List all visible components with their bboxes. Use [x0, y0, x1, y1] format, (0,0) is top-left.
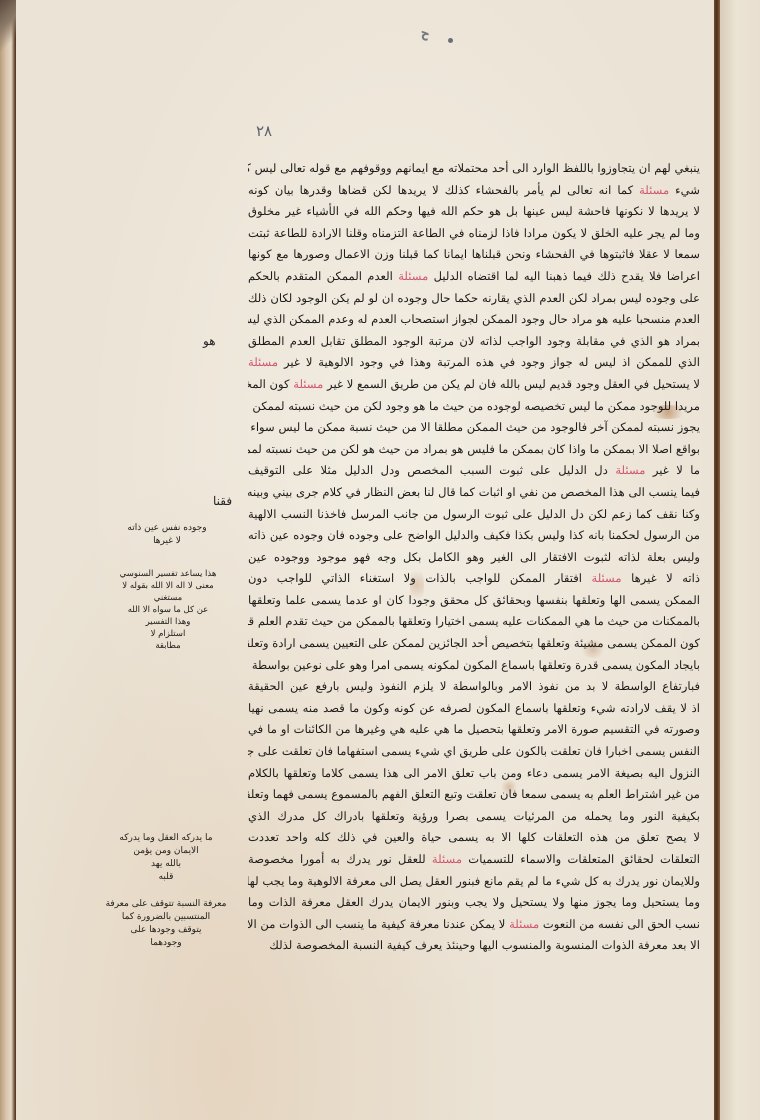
folio-number: ٢٨: [256, 122, 272, 140]
text-segment: دل الدليل على ثبوت السبب المخصص ودل الدل…: [248, 463, 608, 477]
text-segment: ينبغي لهم ان يتجاوزوا باللفظ الوارد الى …: [248, 161, 700, 175]
text-segment: بالممكنات من حيث ما هي الممكنات عليه يسم…: [248, 614, 700, 628]
text-line: شيء مسئلة كما انه تعالى لم يأمر بالفحشاء…: [248, 180, 700, 202]
margin-note-nisba: معرفة النسبة تتوقف على معرفة المنتسبين ب…: [104, 898, 228, 950]
text-line: بالممكنات من حيث ما هي الممكنات عليه يسم…: [248, 611, 700, 633]
margin-note-sanusi: هذا يساعد تفسير السنوسي معنى لا اله الا …: [108, 568, 228, 652]
text-line: لا يصح تعلق من هذه التعلقات كلها الا به …: [248, 827, 700, 849]
text-line: وليس بعلة لذاته لثبوت الافتقار الى الغير…: [248, 547, 700, 569]
text-segment: النفس يسمى اخبارا فان تعلقت بالكون على ط…: [248, 744, 700, 758]
text-line: وما يستحيل وما يجوز منها ولا يستحيل ولا …: [248, 892, 700, 914]
text-line: بايجاد المكون يسمى قدرة وتعلقها باسماع ا…: [248, 655, 700, 677]
text-line: على وجوده ليس بمراد لكن العدم الذي يقارن…: [248, 288, 700, 310]
text-segment: وصورته في التقسيم صورة الامر وتعلقها بتح…: [248, 722, 700, 736]
text-segment: العدم منسحبا عليه هو مراد حال وجود الممك…: [248, 312, 700, 326]
text-segment: بواقع اصلا الا بممكن ما واذا كان بممكن م…: [248, 442, 700, 456]
text-line: وللايمان نور يدرك به كل شيء ما لم يقم ما…: [248, 871, 700, 893]
text-segment: النزول اليه بصيغة الامر يسمى دعاء ومن با…: [248, 766, 700, 780]
text-line: ما لا غير مسئلة دل الدليل على ثبوت السبب…: [248, 460, 700, 482]
text-segment: من غير اشتراط العلم به يسمى سمعا فان تعل…: [248, 787, 700, 801]
text-segment: لا يصح تعلق من هذه التعلقات كلها الا به …: [248, 830, 700, 844]
text-segment: الا بعد معرفة الذوات المنسوبة والمنسوب ا…: [269, 938, 700, 952]
text-line: الممكن يسمى الها وتعلقها بنفسها وبحقائق …: [248, 590, 700, 612]
text-segment: من الرسول لحكمنا بانه كذا وليس بكذا فكيف…: [248, 528, 700, 542]
text-segment: لا يستحيل في العقل وجود قديم ليس بالله ف…: [327, 377, 700, 391]
text-segment: وما لم يجر عليه الخلق لا يكون مرادا فاذا…: [248, 226, 700, 240]
text-line: سمعا لا عقلا فاثبتوها في الفحشاء ونحن قب…: [248, 244, 700, 266]
text-line: كون الممكن يسمى مشيئة وتعلقها بتخصيص أحد…: [248, 633, 700, 655]
text-segment: سمعا لا عقلا فاثبتوها في الفحشاء ونحن قب…: [248, 247, 700, 261]
text-line: التعلقات لحقائق المتعلقات والاسماء للتسم…: [248, 849, 700, 871]
text-line: لا يستحيل في العقل وجود قديم ليس بالله ف…: [248, 374, 700, 396]
rubric-masala: مسئلة: [248, 355, 278, 369]
left-binding-edge: [0, 0, 16, 1120]
text-line: النفس يسمى اخبارا فان تعلقت بالكون على ط…: [248, 741, 700, 763]
page-fold: [0, 0, 16, 60]
text-line: بمراد هو الذي في مقابلة وجود الواجب لذات…: [248, 331, 700, 353]
text-segment: على وجوده ليس بمراد لكن العدم الذي يقارن…: [248, 291, 700, 305]
text-segment: لا يمكن عندنا معرفة كيفية ما ينسب الى ال…: [248, 917, 505, 931]
text-line: وصورته في التقسيم صورة الامر وتعلقها بتح…: [248, 719, 700, 741]
catchword-mark: ء: [420, 24, 430, 49]
text-line: لا يريدها لا نكونها فاحشة ليس عينها بل ه…: [248, 201, 700, 223]
text-line: اذ لا يقف لارادته شيء وتعلقها باسماع الم…: [248, 698, 700, 720]
text-line: العدم منسحبا عليه هو مراد حال وجود الممك…: [248, 309, 700, 331]
text-line: وما لم يجر عليه الخلق لا يكون مرادا فاذا…: [248, 223, 700, 245]
rubric-masala: مسئلة: [398, 269, 428, 283]
text-segment: بكيفية النور وما يحمله من المرئيات يسمى …: [248, 809, 700, 823]
text-line: بكيفية النور وما يحمله من المرئيات يسمى …: [248, 806, 700, 828]
rubric-masala: مسئلة: [591, 571, 621, 585]
text-segment: للعقل نور يدرك به أمورا مخصوصة: [248, 852, 426, 866]
main-text-block: ينبغي لهم ان يتجاوزوا باللفظ الوارد الى …: [248, 158, 700, 957]
text-segment: وللايمان نور يدرك به كل شيء ما لم يقم ما…: [248, 874, 700, 888]
text-segment: بايجاد المكون يسمى قدرة وتعلقها باسماع ا…: [248, 658, 700, 672]
text-line: الذي للممكن اذ ليس له جواز وجود في هذه ا…: [248, 352, 700, 374]
text-line: فبارتفاع الواسطة لا بد من نفوذ الامر وبا…: [248, 676, 700, 698]
text-segment: فبارتفاع الواسطة لا بد من نفوذ الامر وبا…: [248, 679, 700, 693]
rubric-masala: مسئلة: [432, 852, 462, 866]
text-line: من الرسول لحكمنا بانه كذا وليس بكذا فكيف…: [248, 525, 700, 547]
text-segment: العدم الممكن المتقدم بالحكم: [248, 269, 393, 283]
text-line: النزول اليه بصيغة الامر يسمى دعاء ومن با…: [248, 763, 700, 785]
text-line: اعراضا فلا يقدح ذلك فيما ذهبنا اليه لما …: [248, 266, 700, 288]
text-segment: مريدا للوجود ممكن ما ليس تخصيصه لوجوده م…: [248, 399, 700, 413]
text-line: ذاته لا غيرها مسئلة افتقار الممكن للواجب…: [248, 568, 700, 590]
text-segment: وليس بعلة لذاته لثبوت الافتقار الى الغير…: [248, 550, 700, 564]
text-line: من غير اشتراط العلم به يسمى سمعا فان تعل…: [248, 784, 700, 806]
text-segment: كما انه تعالى لم يأمر بالفحشاء كذلك لا ي…: [248, 183, 633, 197]
rubric-masala: مسئلة: [509, 917, 539, 931]
text-segment: وما يستحيل وما يجوز منها ولا يستحيل ولا …: [248, 895, 700, 909]
text-segment: اعراضا فلا يقدح ذلك فيما ذهبنا اليه لما …: [434, 269, 700, 283]
rubric-masala: مسئلة: [615, 463, 645, 477]
text-segment: اذ لا يقف لارادته شيء وتعلقها باسماع الم…: [248, 701, 700, 715]
text-line: بواقع اصلا الا بممكن ما واذا كان بممكن م…: [248, 439, 700, 461]
text-line: فيما ينسب الى هذا المخصص من نفي او اثبات…: [248, 482, 700, 504]
text-segment: وكنا نقف كما زعم لكن دل الدليل على ثبوت …: [248, 507, 700, 521]
text-line: يجوز نسبته لممكن آخر فالوجود من حيث المم…: [248, 417, 700, 439]
adjacent-page-edge: [720, 0, 760, 1120]
rubric-masala: مسئلة: [293, 377, 323, 391]
margin-note-hu: هو: [203, 334, 216, 348]
text-segment: يجوز نسبته لممكن آخر فالوجود من حيث المم…: [248, 420, 700, 434]
text-segment: كون المخصص: [248, 377, 290, 391]
text-segment: الممكن يسمى الها وتعلقها بنفسها وبحقائق …: [248, 593, 700, 607]
text-line: مريدا للوجود ممكن ما ليس تخصيصه لوجوده م…: [248, 396, 700, 418]
text-segment: ذاته لا غيرها: [631, 571, 700, 585]
rubric-masala: مسئلة: [639, 183, 669, 197]
text-segment: الذي للممكن اذ ليس له جواز وجود في هذه ا…: [284, 355, 700, 369]
text-segment: لا يريدها لا نكونها فاحشة ليس عينها بل ه…: [248, 204, 700, 218]
margin-note-faqna: فقنا: [213, 494, 232, 508]
text-line: وكنا نقف كما زعم لكن دل الدليل على ثبوت …: [248, 504, 700, 526]
text-segment: التعلقات لحقائق المتعلقات والاسماء للتسم…: [468, 852, 700, 866]
text-segment: كون الممكن يسمى مشيئة وتعلقها بتخصيص أحد…: [248, 636, 700, 650]
text-line: ينبغي لهم ان يتجاوزوا باللفظ الوارد الى …: [248, 158, 700, 180]
text-segment: شيء: [675, 183, 700, 197]
margin-note-aql-iman: ما يدركه العقل وما يدركه الايمان ومن يؤم…: [106, 832, 226, 884]
text-segment: ما لا غير: [653, 463, 700, 477]
margin-note-wujuduhu: وجوده نفس عين ذاته لا غيرها: [112, 522, 222, 548]
text-line: الا بعد معرفة الذوات المنسوبة والمنسوب ا…: [248, 935, 700, 957]
text-segment: بمراد هو الذي في مقابلة وجود الواجب لذات…: [248, 334, 700, 348]
text-segment: نسب الحق الى نفسه من النعوت: [543, 917, 700, 931]
catchword-dot: [448, 38, 453, 43]
text-segment: فيما ينسب الى هذا المخصص من نفي او اثبات…: [248, 485, 700, 499]
text-segment: افتقار الممكن للواجب بالذات ولا استغناء …: [248, 571, 582, 585]
text-line: نسب الحق الى نفسه من النعوت مسئلة لا يمك…: [248, 914, 700, 936]
